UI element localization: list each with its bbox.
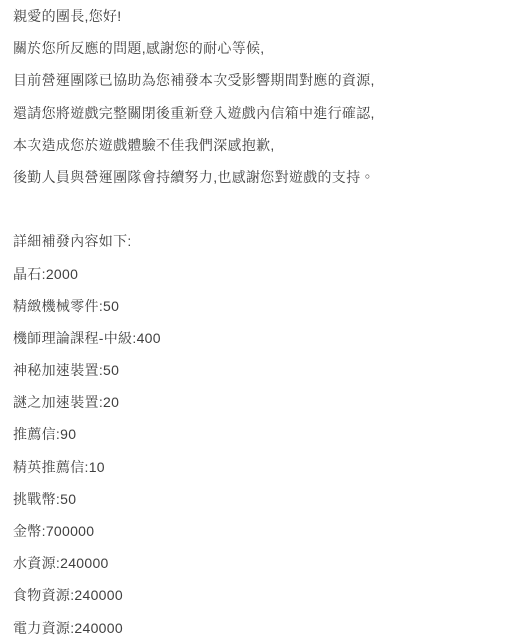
item-value: 50 [60,491,76,507]
item-label: 食物資源 [13,587,70,603]
item-value: 240000 [60,555,109,571]
compensation-item: 金幣:700000 [13,515,512,547]
item-label: 金幣 [13,523,42,539]
message-line: 後勤人員與營運團隊會持續努力,也感謝您對遊戲的支持。 [13,161,512,193]
item-value: 90 [60,426,76,442]
compensation-item: 精英推薦信:10 [13,451,512,483]
compensation-item: 水資源:240000 [13,547,512,579]
compensation-item: 神秘加速裝置:50 [13,354,512,386]
blank-line [13,193,512,225]
item-label: 水資源 [13,555,56,571]
item-value: 240000 [74,620,123,636]
item-value: 2000 [46,266,78,282]
item-label: 電力資源 [13,620,70,636]
details-header: 詳細補發內容如下: [13,225,512,257]
compensation-item: 機師理論課程-中級:400 [13,322,512,354]
compensation-item: 謎之加速裝置:20 [13,386,512,418]
item-label: 謎之加速裝置 [13,394,99,410]
item-value: 50 [103,298,119,314]
message-line: 還請您將遊戲完整關閉後重新登入遊戲內信箱中進行確認, [13,97,512,129]
compensation-item: 推薦信:90 [13,418,512,450]
greeting-line: 親愛的團長,您好! [13,0,512,32]
message-line: 關於您所反應的問題,感謝您的耐心等候, [13,32,512,64]
item-label: 推薦信 [13,426,56,442]
item-value: 50 [103,362,119,378]
item-label: 挑戰幣 [13,491,56,507]
compensation-item: 電力資源:240000 [13,612,512,644]
compensation-item: 挑戰幣:50 [13,483,512,515]
item-label: 神秘加速裝置 [13,362,99,378]
item-value: 700000 [46,523,95,539]
item-value: 20 [103,394,119,410]
item-label: 精英推薦信 [13,459,85,475]
item-value: 240000 [74,587,123,603]
message-line: 本次造成您於遊戲體驗不佳我們深感抱歉, [13,129,512,161]
item-label: 機師理論課程-中級 [13,330,132,346]
compensation-item: 精緻機械零件:50 [13,290,512,322]
item-value: 10 [89,459,105,475]
compensation-notice: 親愛的團長,您好! 關於您所反應的問題,感謝您的耐心等候, 目前營運團隊已協助為… [0,0,520,644]
message-line: 目前營運團隊已協助為您補發本次受影響期間對應的資源, [13,64,512,96]
compensation-item: 食物資源:240000 [13,579,512,611]
item-value: 400 [137,330,161,346]
item-label: 晶石 [13,266,42,282]
compensation-item: 晶石:2000 [13,258,512,290]
item-label: 精緻機械零件 [13,298,99,314]
